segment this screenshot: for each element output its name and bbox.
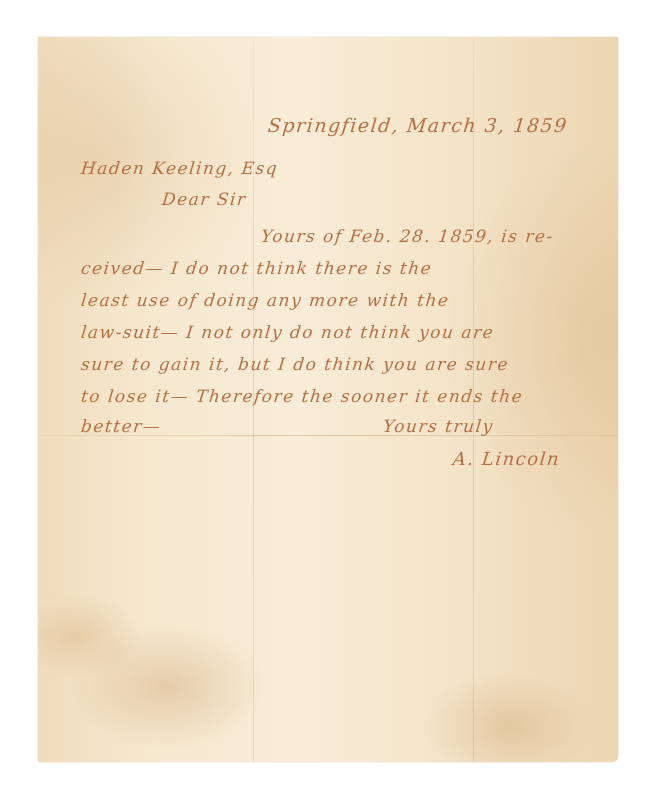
body-line: Yours of Feb. 28. 1859, is re-: [260, 227, 555, 247]
signature: A. Lincoln: [452, 449, 561, 470]
body-line: to lose it— Therefore the sooner it ends…: [80, 387, 524, 407]
body-line: sure to gain it, but I do think you are …: [80, 355, 510, 375]
salutation: Dear Sir: [161, 190, 248, 210]
addressee: Haden Keeling, Esq: [80, 159, 279, 179]
body-line: better—: [80, 417, 162, 437]
body-line: least use of doing any more with the: [80, 291, 451, 311]
body-line: ceived— I do not think there is the: [80, 259, 433, 279]
letter-paper: Springfield, March 3, 1859 Haden Keeling…: [38, 37, 618, 762]
closing: Yours truly: [382, 417, 495, 437]
dateline: Springfield, March 3, 1859: [267, 115, 569, 137]
body-line: law-suit— I not only do not think you ar…: [80, 323, 495, 343]
